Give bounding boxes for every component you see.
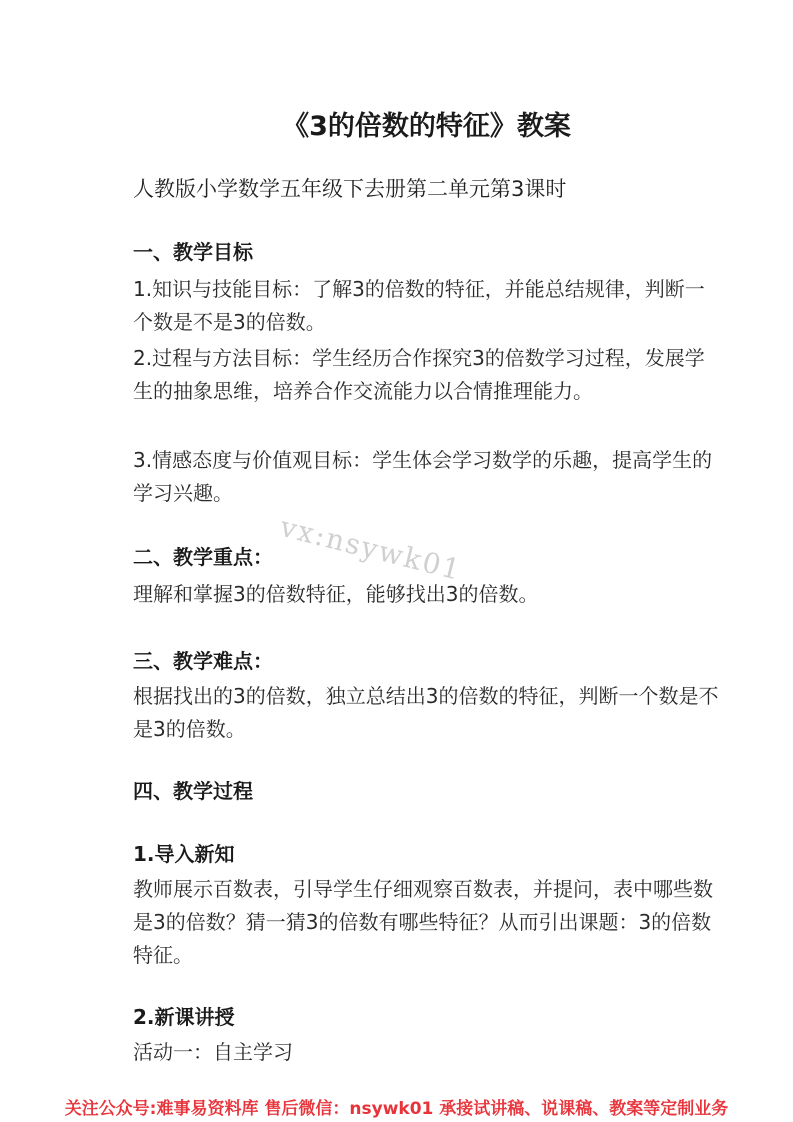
objective-3: 3.情感态度与价值观目标：学生体会学习数学的乐趣，提高学生的学习兴趣。 <box>133 444 723 510</box>
section-heading-process: 四、教学过程 <box>133 775 253 804</box>
activity-1-text: 活动一：自主学习 <box>133 1036 723 1069</box>
difficulties-text: 根据找出的3的倍数，独立总结出3的倍数的特征，判断一个数是不是3的倍数。 <box>133 680 723 746</box>
watermark: vx:nsywk01 <box>277 510 465 587</box>
section-heading-difficulties: 三、教学难点： <box>133 645 273 674</box>
section-heading-objectives: 一、教学目标 <box>133 236 253 265</box>
document-subtitle: 人教版小学数学五年级下去册第二单元第3课时 <box>133 173 566 203</box>
key-points-text: 理解和掌握3的倍数特征，能够找出3的倍数。 <box>133 578 723 611</box>
intro-text: 教师展示百数表，引导学生仔细观察百数表，并提问，表中哪些数是3的倍数？猜一猜3的… <box>133 873 723 972</box>
objective-1: 1.知识与技能目标：了解3的倍数的特征，并能总结规律，判断一个数是不是3的倍数。 <box>133 273 723 339</box>
footer-banner: 关注公众号:难事易资料库 售后微信：nsywk01 承接试讲稿、说课稿、教案等定… <box>0 1094 793 1119</box>
subsection-heading-intro: 1.导入新知 <box>133 838 235 867</box>
subsection-heading-new-lesson: 2.新课讲授 <box>133 1001 235 1030</box>
objective-2: 2.过程与方法目标：学生经历合作探究3的倍数学习过程，发展学生的抽象思维，培养合… <box>133 342 723 408</box>
section-heading-key-points: 二、教学重点： <box>133 541 273 570</box>
document-title: 《3的倍数的特征》教案 <box>0 104 793 143</box>
